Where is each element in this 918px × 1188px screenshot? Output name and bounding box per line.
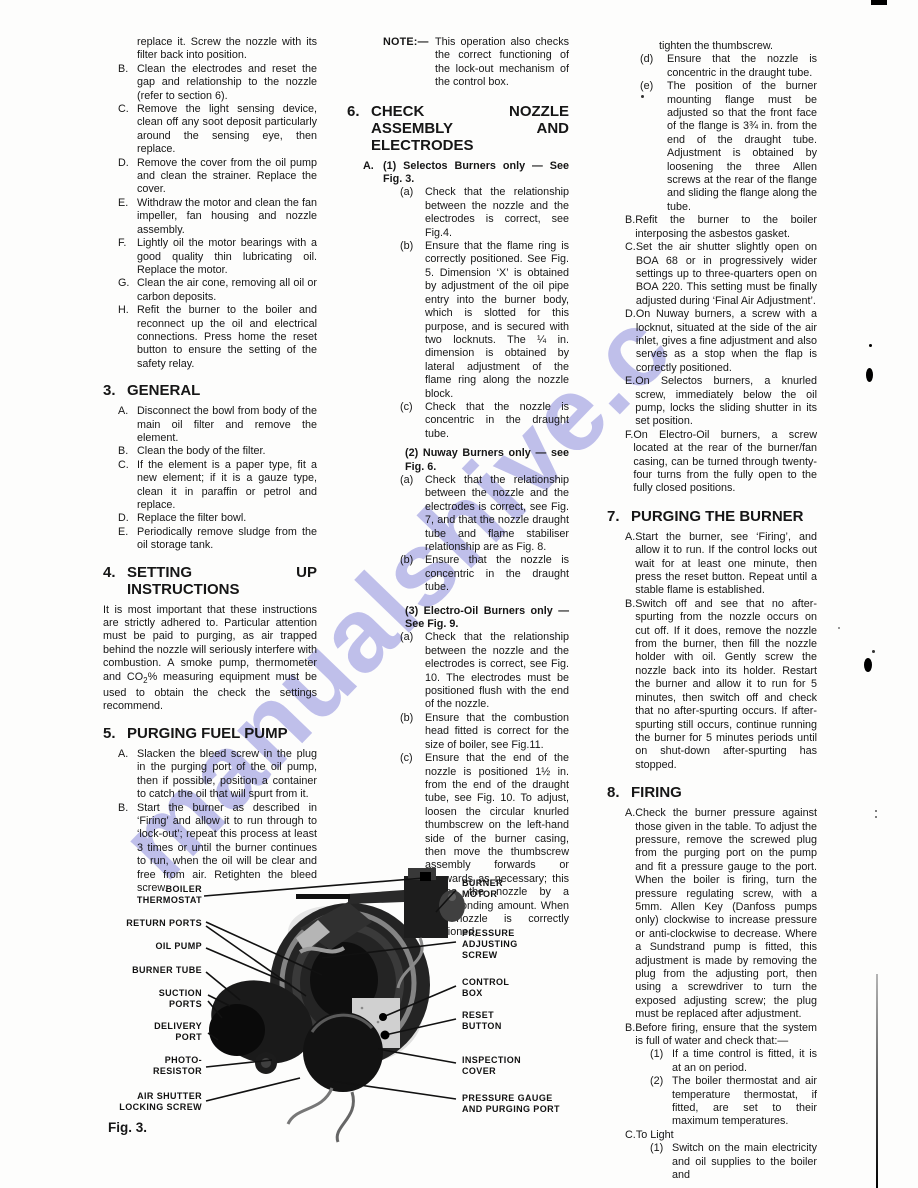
- item-text: Periodically remove sludge from the oil …: [137, 526, 317, 553]
- ink-blob: [866, 368, 873, 382]
- list-item: F.On Electro-Oil burners, a screw locate…: [607, 429, 817, 496]
- figure-label: BURNER TUBE: [100, 965, 202, 976]
- item-label: (a): [400, 631, 425, 711]
- list-item: D.Remove the cover from the oil pump and…: [103, 157, 317, 197]
- item-label: F.: [103, 237, 137, 277]
- list-item: (b)Ensure that the flame ring is correct…: [400, 240, 569, 401]
- item-label: D.: [103, 512, 137, 525]
- figure-label: SUCTION PORTS: [100, 988, 202, 1010]
- item-text: On Electro-Oil burners, a screw located …: [633, 429, 817, 496]
- item-label: (b): [400, 712, 425, 752]
- section-number: 4.: [103, 564, 127, 598]
- section-title: CHECK NOZZLE ASSEMBLY AND ELECTRODES: [371, 103, 569, 154]
- list-item: (1)Switch on the main electricity and oi…: [650, 1142, 817, 1182]
- section-heading: 5.PURGING FUEL PUMP: [103, 725, 317, 742]
- group-title: (2) Nuway Burners only — see Fig. 6.: [405, 447, 569, 474]
- figure-label: CONTROL BOX: [462, 977, 592, 999]
- item-text: Refit the burner to the boiler interposi…: [635, 214, 817, 241]
- item-label: [383, 447, 405, 474]
- section-title: FIRING: [631, 784, 817, 801]
- item-text: Switch on the main electricity and oil s…: [672, 1142, 817, 1182]
- item-text: Ensure that the flame ring is correctly …: [425, 240, 569, 401]
- note-label: NOTE:—: [383, 36, 435, 90]
- group-heading: (3) Electro-Oil Burners only — See Fig. …: [347, 605, 569, 632]
- item-text: Check that the nozzle is concentric in t…: [425, 401, 569, 441]
- list-item: (a)Check that the relationship between t…: [400, 631, 569, 711]
- item-text: Set the air shutter slightly open on BOA…: [636, 241, 817, 308]
- list-item: A.Slacken the bleed screw in the plug in…: [103, 748, 317, 802]
- group-heading: A.(1) Selectos Burners only — See Fig. 3…: [347, 160, 569, 187]
- item-text: Start the burner, see ‘Firing’, and allo…: [635, 531, 817, 598]
- item-label: B.: [103, 63, 137, 103]
- list-item: B.Clean the body of the filter.: [103, 445, 317, 458]
- figure-label: BURNER MOTOR: [462, 878, 592, 900]
- item-label: C.: [103, 459, 137, 513]
- list-item: B.Switch off and see that no after-spurt…: [607, 598, 817, 772]
- section-heading: 3.GENERAL: [103, 382, 317, 399]
- note: NOTE:—This operation also checks the cor…: [347, 36, 569, 90]
- item-label: (1): [650, 1142, 672, 1182]
- item-label: C.: [103, 103, 137, 157]
- list-item: (d)Ensure that the nozzle is concentric …: [640, 53, 817, 80]
- figure-label: RETURN PORTS: [100, 918, 202, 929]
- item-text: Before firing, ensure that the system is…: [635, 1022, 817, 1049]
- item-text: If a time control is fitted, it is at an…: [672, 1048, 817, 1075]
- item-text: Ensure that the combustion head fitted i…: [425, 712, 569, 752]
- manual-page: manualshive.c replace it. Screw the nozz…: [0, 0, 918, 1188]
- list-item: H.Refit the burner to the boiler and rec…: [103, 304, 317, 371]
- figure-label: OIL PUMP: [100, 941, 202, 952]
- section-number: 8.: [607, 784, 631, 801]
- item-label: B.: [607, 214, 635, 241]
- ink-dot: [872, 650, 875, 653]
- ink-dot: [641, 95, 644, 98]
- list-item: E.On Selectos burners, a knurled screw, …: [607, 375, 817, 429]
- item-label: (d): [640, 53, 667, 80]
- item-text: Check that the relationship between the …: [425, 631, 569, 711]
- section-number: 6.: [347, 103, 371, 154]
- section-number: 3.: [103, 382, 127, 399]
- figure-label: RESET BUTTON: [462, 1010, 592, 1032]
- item-label: A.: [103, 405, 137, 445]
- figure-label: BOILER THERMOSTAT: [100, 884, 202, 906]
- item-text: Check that the relationship between the …: [425, 186, 569, 240]
- list-item: (a)Check that the relationship between t…: [400, 186, 569, 240]
- item-label: H.: [103, 304, 137, 371]
- item-label: E.: [103, 197, 137, 237]
- list-item: (b)Ensure that the nozzle is concentric …: [400, 554, 569, 594]
- scan-mark-top: [871, 0, 887, 5]
- list-item: C.Set the air shutter slightly open on B…: [607, 241, 817, 308]
- list-item: C.Remove the light sensing device, clean…: [103, 103, 317, 157]
- item-text: Remove the cover from the oil pump and c…: [137, 157, 317, 197]
- paragraph: tighten the thumbscrew.: [659, 40, 817, 53]
- item-text: Ensure that the nozzle is concentric in …: [425, 554, 569, 594]
- item-text: Replace the filter bowl.: [137, 512, 317, 525]
- figure-label: PHOTO- RESISTOR: [100, 1055, 202, 1077]
- item-label: A.: [363, 160, 383, 187]
- item-label: G.: [103, 277, 137, 304]
- figure-label: AIR SHUTTER LOCKING SCREW: [100, 1091, 202, 1113]
- item-text: Clean the air cone, removing all oil or …: [137, 277, 317, 304]
- list-item: D.Replace the filter bowl.: [103, 512, 317, 525]
- item-text: Disconnect the bowl from body of the mai…: [137, 405, 317, 445]
- figure-label: INSPECTION COVER: [462, 1055, 592, 1077]
- item-text: Check that the relationship between the …: [425, 474, 569, 554]
- section-title: PURGING FUEL PUMP: [127, 725, 317, 742]
- list-item: D.On Nuway burners, a screw with a lockn…: [607, 308, 817, 375]
- section-title: SETTING UP INSTRUCTIONS: [127, 564, 317, 598]
- section-number: 7.: [607, 508, 631, 525]
- ink-dot: [869, 344, 872, 347]
- list-item: (1)If a time control is fitted, it is at…: [650, 1048, 817, 1075]
- item-text: Switch off and see that no after-spurtin…: [635, 598, 817, 772]
- group-title: (3) Electro-Oil Burners only — See Fig. …: [405, 605, 569, 632]
- section-title: GENERAL: [127, 382, 317, 399]
- item-label: A.: [607, 531, 635, 598]
- scan-edge-line: [876, 974, 878, 1188]
- group-heading: (2) Nuway Burners only — see Fig. 6.: [347, 447, 569, 474]
- list-item: B.Refit the burner to the boiler interpo…: [607, 214, 817, 241]
- item-text: Remove the light sensing device, clean o…: [137, 103, 317, 157]
- ink-dot: [838, 627, 840, 629]
- item-label: F.: [607, 429, 633, 496]
- ink-blob: [864, 658, 872, 672]
- item-label: A.: [103, 748, 137, 802]
- item-label: (e): [640, 80, 667, 214]
- list-item: F.Lightly oil the motor bearings with a …: [103, 237, 317, 277]
- item-text: On Selectos burners, a knurled screw, im…: [635, 375, 817, 429]
- list-item: A.Start the burner, see ‘Firing’, and al…: [607, 531, 817, 598]
- item-text: Check the burner pressure against those …: [635, 807, 817, 1022]
- list-item: A.Disconnect the bowl from body of the m…: [103, 405, 317, 445]
- paragraph: It is most important that these instruct…: [103, 604, 317, 714]
- item-text: Slacken the bleed screw in the plug in t…: [137, 748, 317, 802]
- item-label: (b): [400, 240, 425, 401]
- item-text: Clean the electrodes and reset the gap a…: [137, 63, 317, 103]
- figure-caption: Fig. 3.: [108, 1120, 147, 1135]
- list-item: (2)The boiler thermostat and air tempera…: [650, 1075, 817, 1129]
- item-text: The boiler thermostat and air temperatur…: [672, 1075, 817, 1129]
- item-label: D.: [103, 157, 137, 197]
- ink-dot: [875, 816, 877, 818]
- section-title: PURGING THE BURNER: [631, 508, 817, 525]
- item-label: (a): [400, 186, 425, 240]
- item-label: (c): [400, 401, 425, 441]
- section-heading: 6.CHECK NOZZLE ASSEMBLY AND ELECTRODES: [347, 103, 569, 154]
- item-text: Lightly oil the motor bearings with a go…: [137, 237, 317, 277]
- paragraph: replace it. Screw the nozzle with its fi…: [137, 36, 317, 63]
- item-text: Ensure that the nozzle is concentric in …: [667, 53, 817, 80]
- item-label: D.: [607, 308, 636, 375]
- column-left: replace it. Screw the nozzle with its fi…: [103, 36, 317, 895]
- item-text: Refit the burner to the boiler and recon…: [137, 304, 317, 371]
- section-heading: 7.PURGING THE BURNER: [607, 508, 817, 525]
- list-item: (e)The position of the burner mounting f…: [640, 80, 817, 214]
- column-middle: NOTE:—This operation also checks the cor…: [347, 36, 569, 940]
- item-label: (b): [400, 554, 425, 594]
- section-number: 5.: [103, 725, 127, 742]
- list-item: E.Periodically remove sludge from the oi…: [103, 526, 317, 553]
- list-item: B.Clean the electrodes and reset the gap…: [103, 63, 317, 103]
- group-title: (1) Selectos Burners only — See Fig. 3.: [383, 160, 569, 187]
- list-item: (c)Check that the nozzle is concentric i…: [400, 401, 569, 441]
- figure-label: PRESSURE ADJUSTING SCREW: [462, 928, 592, 961]
- item-text: Withdraw the motor and clean the fan imp…: [137, 197, 317, 237]
- item-text: To Light: [636, 1129, 817, 1142]
- section-heading: 8.FIRING: [607, 784, 817, 801]
- list-item: C.If the element is a paper type, fit a …: [103, 459, 317, 513]
- figure-label: DELIVERY PORT: [100, 1021, 202, 1043]
- item-text: The position of the burner mounting flan…: [667, 80, 817, 214]
- list-item: (a)Check that the relationship between t…: [400, 474, 569, 554]
- item-text: Clean the body of the filter.: [137, 445, 317, 458]
- item-label: E.: [607, 375, 635, 429]
- section-heading: 4.SETTING UP INSTRUCTIONS: [103, 564, 317, 598]
- item-label: C.: [607, 241, 636, 308]
- list-item: E.Withdraw the motor and clean the fan i…: [103, 197, 317, 237]
- item-label: B.: [103, 445, 137, 458]
- note-text: This operation also checks the correct f…: [435, 36, 569, 90]
- item-label: [383, 605, 405, 632]
- list-item: (b)Ensure that the combustion head fitte…: [400, 712, 569, 752]
- item-text: If the element is a paper type, fit a ne…: [137, 459, 317, 513]
- figure-label: PRESSURE GAUGE AND PURGING PORT: [462, 1093, 592, 1115]
- item-text: On Nuway burners, a screw with a locknut…: [636, 308, 817, 375]
- item-label: E.: [103, 526, 137, 553]
- list-item: G.Clean the air cone, removing all oil o…: [103, 277, 317, 304]
- ink-dot: [875, 810, 877, 812]
- item-label: (a): [400, 474, 425, 554]
- item-label: B.: [607, 598, 635, 772]
